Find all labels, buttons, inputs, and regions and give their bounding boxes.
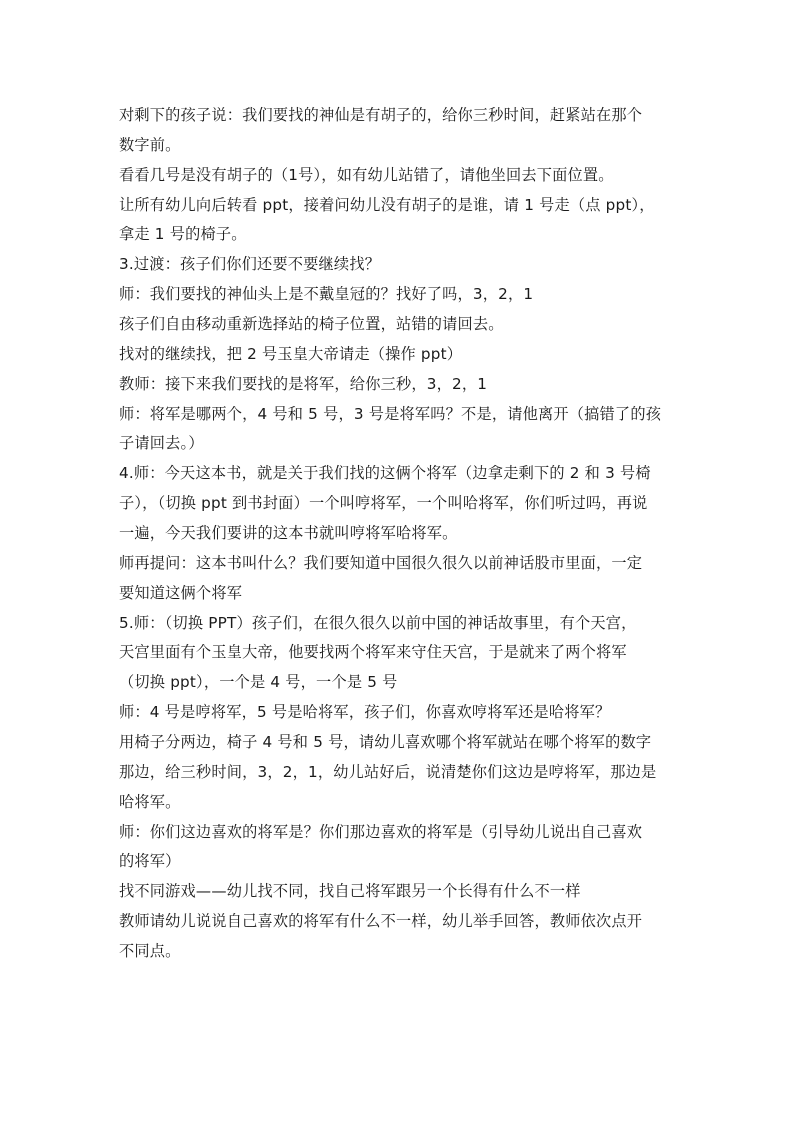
document-page: 对剩下的孩子说：我们要找的神仙是有胡子的，给你三秒时间，赶紧站在那个 数字前。 … <box>0 0 794 1123</box>
section-heading-5: 5.师：（切换 PPT）孩子们，在很久很久以前中国的神话故事里，有个天宫， <box>119 609 681 639</box>
text-line: 师：我们要找的神仙头上是不戴皇冠的？找好了吗，3，2，1 <box>119 280 681 310</box>
section-heading-3: 3.过渡：孩子们你们还要不要继续找？ <box>119 250 681 280</box>
text-line: 的将军） <box>119 847 681 877</box>
text-line: 教师请幼儿说说自己喜欢的将军有什么不一样，幼儿举手回答，教师依次点开 <box>119 907 681 937</box>
text-line: （切换 ppt），一个是 4 号，一个是 5 号 <box>119 668 681 698</box>
text-line: 拿走 1 号的椅子。 <box>119 220 681 250</box>
text-line: 找对的继续找，把 2 号玉皇大帝请走（操作 ppt） <box>119 340 681 370</box>
section-heading-4: 4.师：今天这本书，就是关于我们找的这俩个将军（边拿走剩下的 2 和 3 号椅 <box>119 459 681 489</box>
text-line: 师：4 号是哼将军，5 号是哈将军，孩子们，你喜欢哼将军还是哈将军？ <box>119 698 681 728</box>
text-line: 师：你们这边喜欢的将军是？你们那边喜欢的将军是（引导幼儿说出自己喜欢 <box>119 818 681 848</box>
text-line: 子），（切换 ppt 到书封面）一个叫哼将军，一个叫哈将军，你们听过吗，再说 <box>119 489 681 519</box>
text-line: 一遍，今天我们要讲的这本书就叫哼将军哈将军。 <box>119 519 681 549</box>
text-line: 天宫里面有个玉皇大帝，他要找两个将军来守住天宫，于是就来了两个将军 <box>119 638 681 668</box>
text-line: 用椅子分两边，椅子 4 号和 5 号，请幼儿喜欢哪个将军就站在哪个将军的数字 <box>119 728 681 758</box>
text-line: 师再提问：这本书叫什么？我们要知道中国很久很久以前神话股市里面，一定 <box>119 549 681 579</box>
text-line: 那边，给三秒时间，3，2，1，幼儿站好后，说清楚你们这边是哼将军，那边是 <box>119 758 681 788</box>
text-line: 师：将军是哪两个，4 号和 5 号，3 号是将军吗？不是，请他离开（搞错了的孩 <box>119 400 681 430</box>
text-line: 要知道这俩个将军 <box>119 579 681 609</box>
text-line: 哈将军。 <box>119 788 681 818</box>
document-body: 对剩下的孩子说：我们要找的神仙是有胡子的，给你三秒时间，赶紧站在那个 数字前。 … <box>119 101 681 967</box>
text-line: 子请回去。） <box>119 429 681 459</box>
text-line: 不同点。 <box>119 937 681 967</box>
text-line: 数字前。 <box>119 131 681 161</box>
text-line: 让所有幼儿向后转看 ppt，接着问幼儿没有胡子的是谁，请 1 号走（点 ppt）… <box>119 191 681 221</box>
text-line: 看看几号是没有胡子的（1号），如有幼儿站错了，请他坐回去下面位置。 <box>119 161 681 191</box>
text-line: 对剩下的孩子说：我们要找的神仙是有胡子的，给你三秒时间，赶紧站在那个 <box>119 101 681 131</box>
text-line: 找不同游戏——幼儿找不同，找自己将军跟另一个长得有什么不一样 <box>119 877 681 907</box>
text-line: 孩子们自由移动重新选择站的椅子位置，站错的请回去。 <box>119 310 681 340</box>
text-line: 教师：接下来我们要找的是将军，给你三秒，3，2，1 <box>119 370 681 400</box>
